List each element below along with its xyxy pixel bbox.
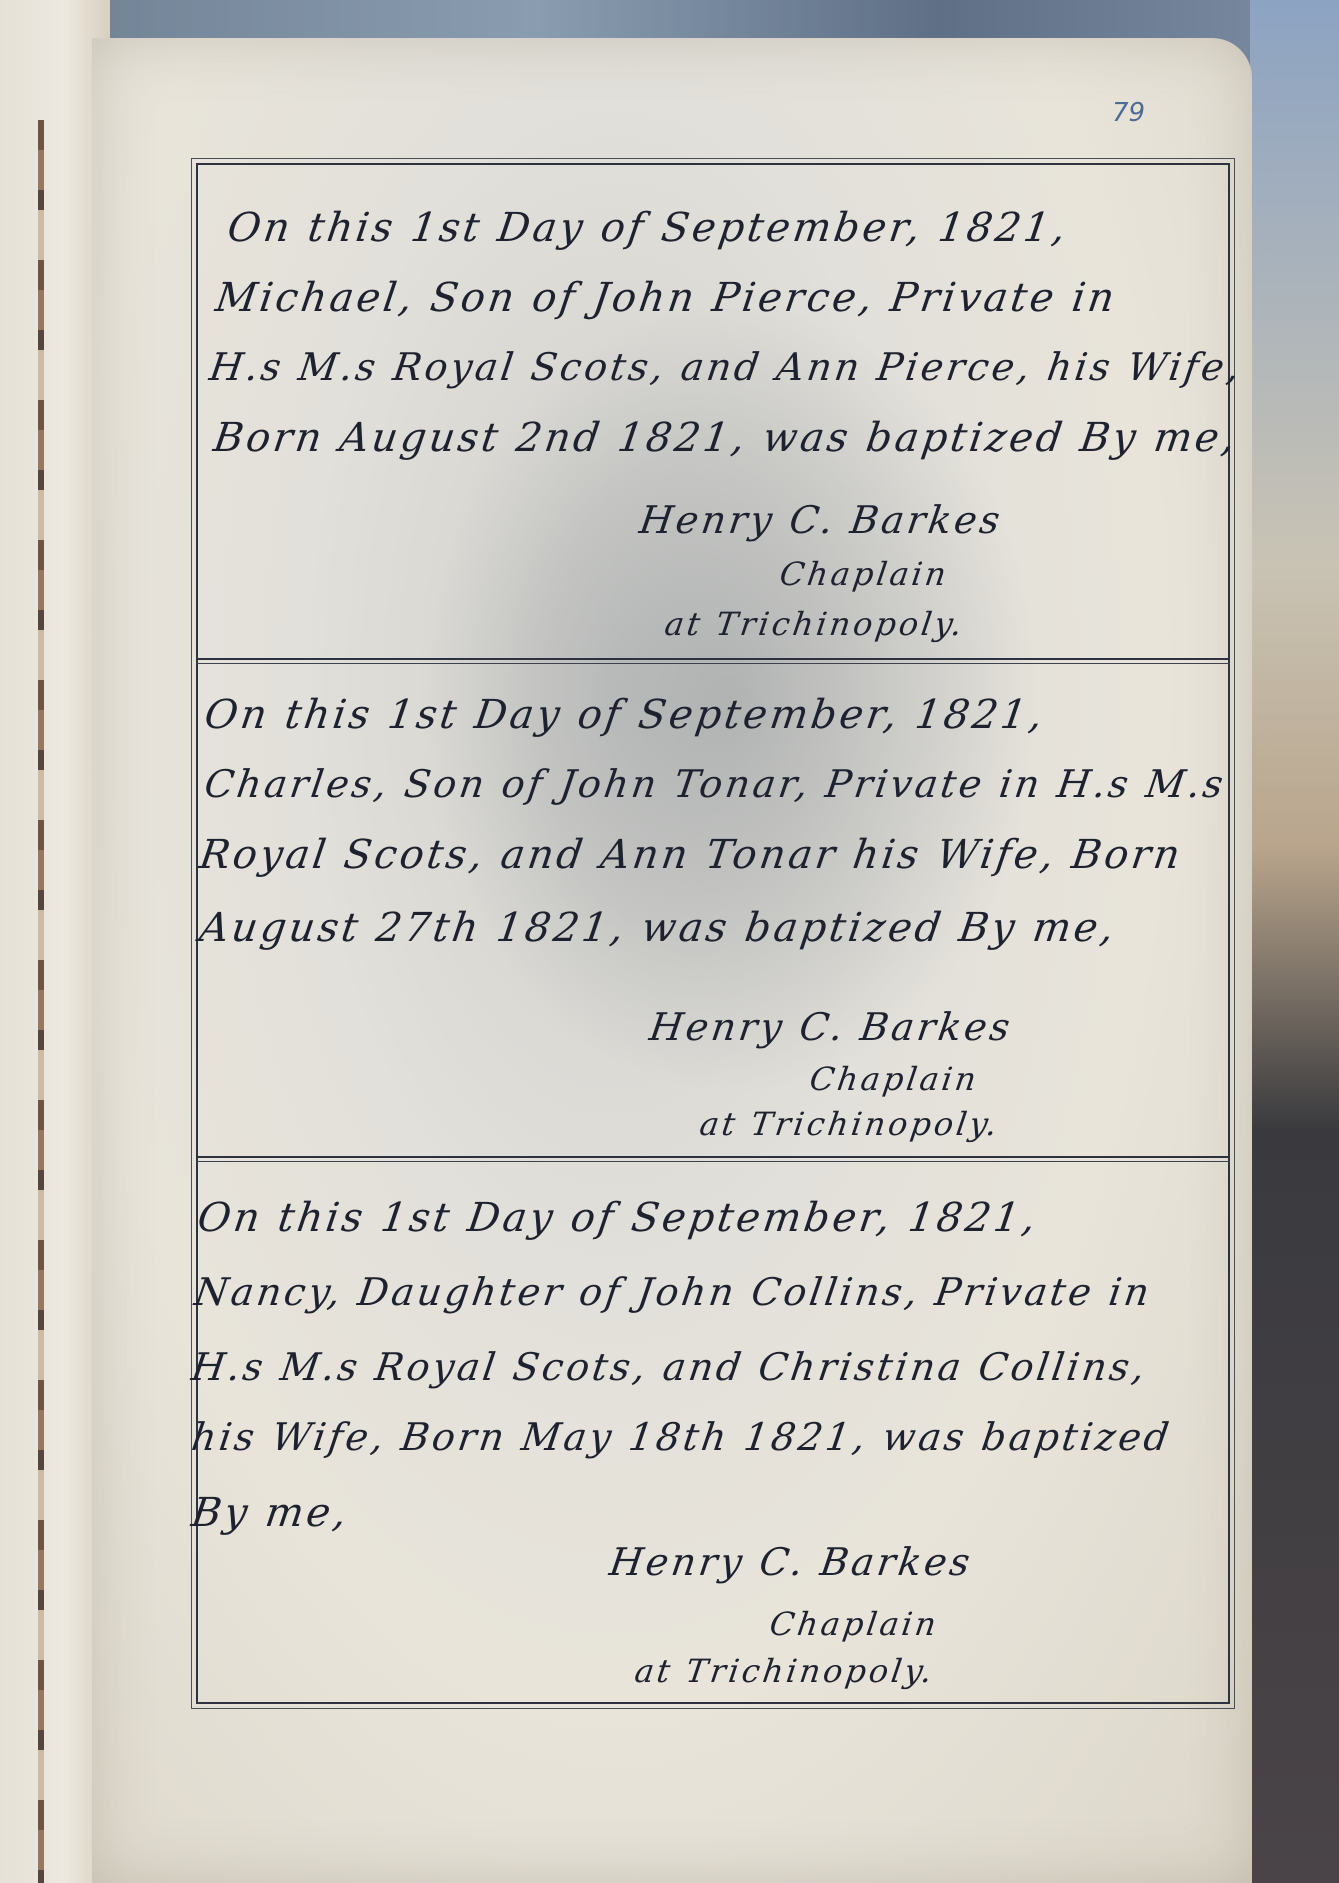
entry-line: H.s M.s Royal Scots, and Christina Colli…	[189, 1345, 1151, 1389]
entry-line: August 27th 1821, was baptized By me,	[197, 905, 1120, 951]
chaplain-title: Chaplain	[777, 555, 951, 593]
entry-line: Michael, Son of John Pierce, Private in	[213, 275, 1120, 321]
entry-line: his Wife, Born May 18th 1821, was baptiz…	[189, 1415, 1175, 1459]
entry-line: On this 1st Day of September, 1821,	[202, 692, 1049, 738]
chaplain-location: at Trichinopoly.	[697, 1105, 1002, 1143]
chaplain-signature: Henry C. Barkes	[607, 1540, 976, 1584]
entry-divider	[196, 1156, 1230, 1162]
chaplain-location: at Trichinopoly.	[632, 1652, 937, 1690]
chaplain-title: Chaplain	[807, 1060, 981, 1098]
entry-line: By me,	[189, 1490, 352, 1536]
page-number: 79	[1112, 98, 1145, 128]
entry-divider	[196, 658, 1230, 664]
chaplain-signature: Henry C. Barkes	[637, 498, 1006, 542]
chaplain-title: Chaplain	[767, 1605, 941, 1643]
entry-line: Born August 2nd 1821, was baptized By me…	[211, 415, 1241, 461]
entry-line: On this 1st Day of September, 1821,	[225, 205, 1072, 251]
entry-line: H.s M.s Royal Scots, and Ann Pierce, his…	[207, 345, 1245, 389]
adjacent-page-background	[1250, 0, 1339, 1883]
entry-line: Nancy, Daughter of John Collins, Private…	[192, 1270, 1155, 1314]
entry-line: On this 1st Day of September, 1821,	[195, 1195, 1042, 1241]
entry-line: Royal Scots, and Ann Tonar his Wife, Bor…	[197, 832, 1186, 878]
entry-line: Charles, Son of John Tonar, Private in H…	[202, 762, 1229, 806]
chaplain-location: at Trichinopoly.	[662, 605, 967, 643]
binding-stitching	[38, 120, 44, 1883]
chaplain-signature: Henry C. Barkes	[647, 1005, 1016, 1049]
